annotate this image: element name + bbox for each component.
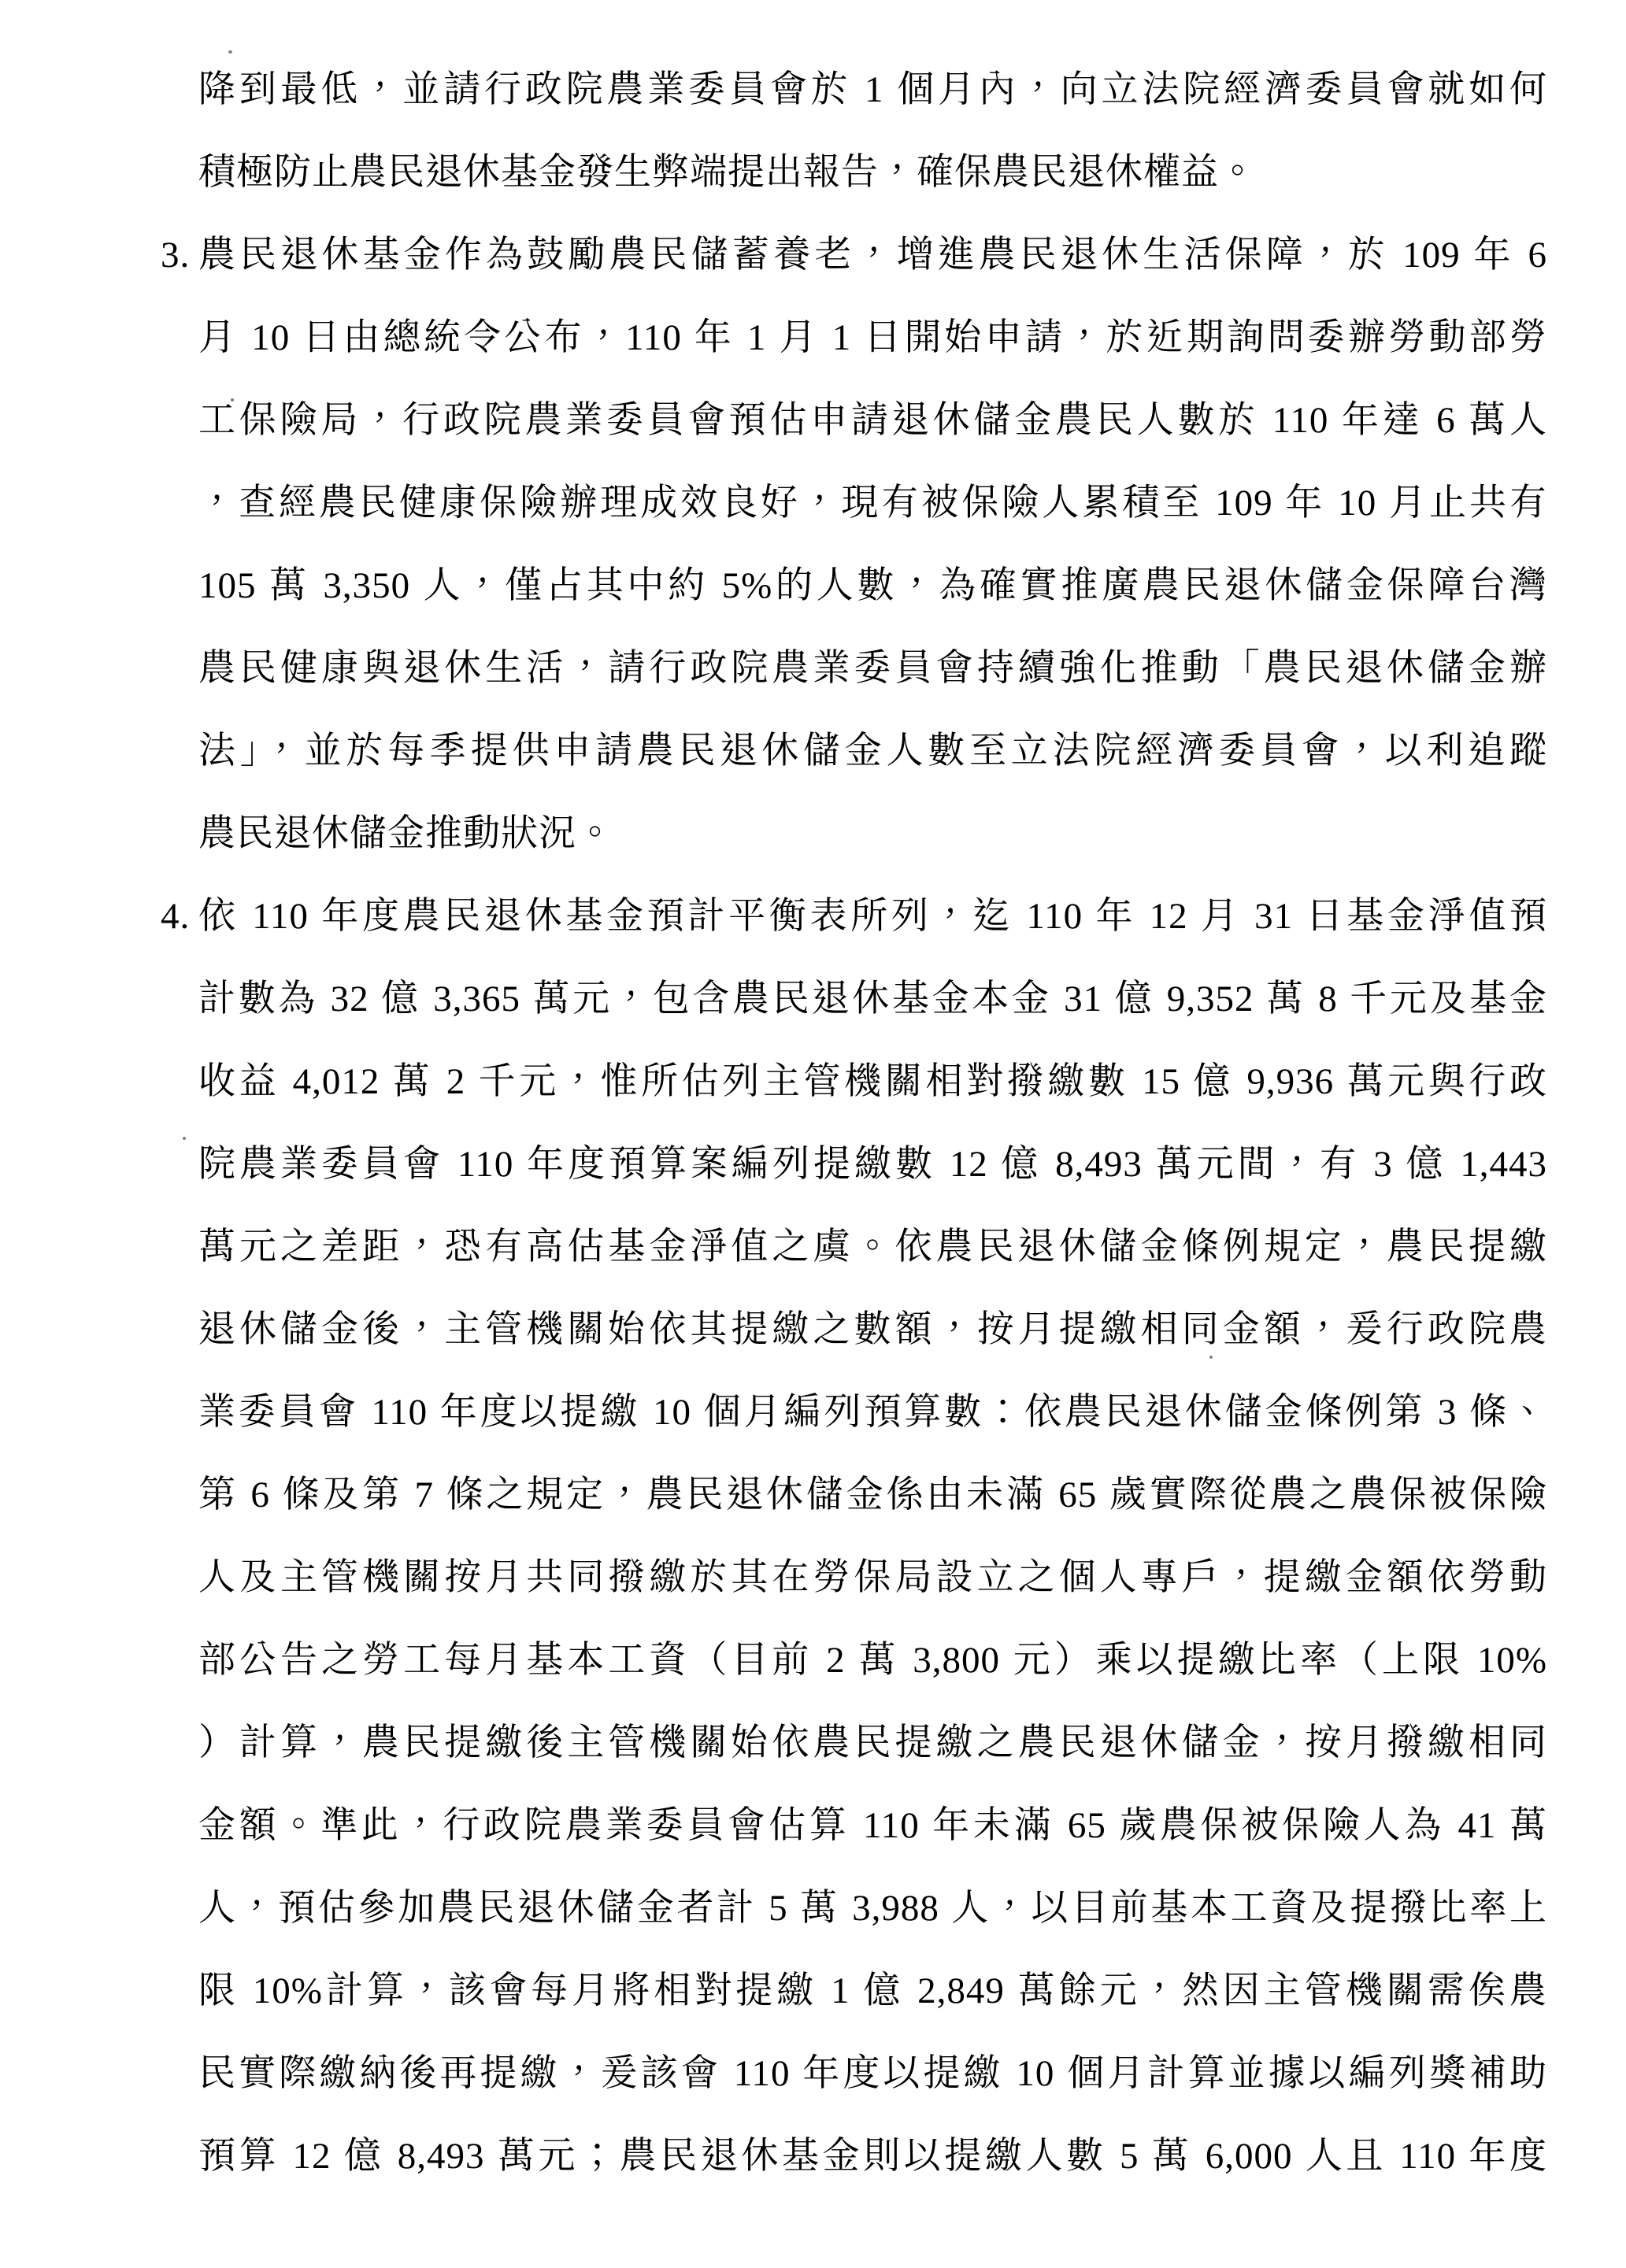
text-line: 農民退休儲金推動狀況。 [198,793,1547,875]
text-block: 降到最低，並請行政院農業委員會於 1 個月內，向立法院經濟委員會就如何 積極防止… [198,49,1547,2198]
text-line: 院農業委員會 110 年度預算案編列提繳數 12 億 8,493 萬元間，有 3… [198,1123,1547,1206]
scan-speck [228,50,232,54]
text-line: 預算 12 億 8,493 萬元；農民退休基金則以提繳人數 5 萬 6,000 … [198,2115,1547,2198]
text-line: 法」，並於每季提供申請農民退休儲金人數至立法院經濟委員會，以利追蹤 [198,710,1547,793]
paragraph-item-4: 4. 依 110 年度農民退休基金預計平衡表所列，迄 110 年 12 月 31… [198,875,1547,2198]
text-line: 退休儲金後，主管機關始依其提繳之數額，按月提繳相同金額，爰行政院農 [198,1289,1547,1371]
text-line: 降到最低，並請行政院農業委員會於 1 個月內，向立法院經濟委員會就如何 [198,49,1547,131]
text-line: 收益 4,012 萬 2 千元，惟所估列主管機關相對撥繳數 15 億 9,936… [198,1041,1547,1123]
paragraph-continuation: 降到最低，並請行政院農業委員會於 1 個月內，向立法院經濟委員會就如何 積極防止… [198,49,1547,214]
text-line: 民實際繳納後再提繳，爰該會 110 年度以提繳 10 個月計算並據以編列獎補助 [198,2033,1547,2115]
text-line: 部公告之勞工每月基本工資（目前 2 萬 3,800 元）乘以提繳比率（上限 10… [198,1619,1547,1702]
text-line: 人及主管機關按月共同撥繳於其在勞保局設立之個人專戶，提繳金額依勞動 [198,1537,1547,1619]
scan-speck [231,398,234,401]
text-line: 業委員會 110 年度以提繳 10 個月編列預算數：依農民退休儲金條例第 3 條… [198,1371,1547,1454]
text-line: 第 6 條及第 7 條之規定，農民退休儲金係由未滿 65 歲實際從農之農保被保險 [198,1454,1547,1537]
item-number: 4. [161,875,190,958]
text-line: 計數為 32 億 3,365 萬元，包含農民退休基金本金 31 億 9,352 … [198,958,1547,1041]
text-line: 月 10 日由總統令公布，110 年 1 月 1 日開始申請，於近期詢問委辦勞動… [198,297,1547,379]
text-line: 人，預估參加農民退休儲金者計 5 萬 3,988 人，以目前基本工資及提撥比率上 [198,1867,1547,1950]
text-line: 工保險局，行政院農業委員會預估申請退休儲金農民人數於 110 年達 6 萬人 [198,379,1547,462]
paragraph-item-3: 3. 農民退休基金作為鼓勵農民儲蓄養老，增進農民退休生活保障，於 109 年 6… [198,214,1547,875]
text-line: ，查經農民健康保險辦理成效良好，現有被保險人累積至 109 年 10 月止共有 [198,462,1547,545]
text-line: ）計算，農民提繳後主管機關始依農民提繳之農民退休儲金，按月撥繳相同 [198,1702,1547,1785]
text-line: 農民退休基金作為鼓勵農民儲蓄養老，增進農民退休生活保障，於 109 年 6 [198,214,1547,297]
scan-speck [183,1137,186,1140]
text-line: 105 萬 3,350 人，僅占其中約 5%的人數，為確實推廣農民退休儲金保障台… [198,545,1547,627]
text-line: 依 110 年度農民退休基金預計平衡表所列，迄 110 年 12 月 31 日基… [198,875,1547,958]
text-line: 金額。準此，行政院農業委員會估算 110 年未滿 65 歲農保被保險人為 41 … [198,1785,1547,1867]
item-number: 3. [161,214,190,297]
text-line: 農民健康與退休生活，請行政院農業委員會持續強化推動「農民退休儲金辦 [198,627,1547,710]
document-page: 降到最低，並請行政院農業委員會於 1 個月內，向立法院經濟委員會就如何 積極防止… [0,0,1626,2268]
text-line: 萬元之差距，恐有高估基金淨值之虞。依農民退休儲金條例規定，農民提繳 [198,1206,1547,1289]
scan-speck [1209,1356,1213,1359]
text-line: 積極防止農民退休基金發生弊端提出報告，確保農民退休權益。 [198,131,1547,214]
text-line: 限 10%計算，該會每月將相對提繳 1 億 2,849 萬餘元，然因主管機關需俟… [198,1950,1547,2033]
